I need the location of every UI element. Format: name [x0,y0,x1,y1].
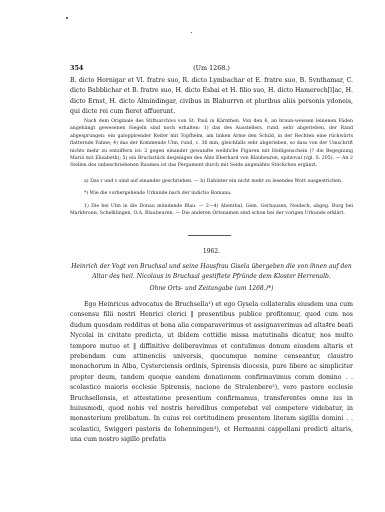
scan-speck [66,17,68,19]
footnotes-numbered: 1) Die bei Ulm in die Donau mündende Bla… [70,203,353,218]
footnotes-block: a) Das r und v sind auf einander geschri… [70,178,353,218]
scan-speck [191,32,192,33]
document-number: 1962. [70,248,353,255]
footnotes-letters: a) Das r und v sind auf einander geschri… [70,178,353,185]
section-divider [188,235,231,236]
continuation-text: B. dicto Hornigar et Vl. fratre suo, R. … [70,76,353,118]
footnote-star: *) Wie die vorhergehende Urkunde nach de… [70,190,353,197]
running-title: (Um 1268.) [70,64,353,72]
document-text: Ego Heinricus advocatus de Bruchsella¹) … [70,300,353,446]
document-text-block: Ego Heinricus advocatus de Bruchsella¹) … [70,300,353,446]
document-dateline: Ohne Orts- und Zeitangabe (um 1268.)*) [70,285,353,292]
source-note: Nach dem Originale des Stiftsarchivs von… [70,118,353,170]
source-note-block: Nach dem Originale des Stiftsarchivs von… [70,118,353,170]
continuation-paragraph: B. dicto Hornigar et Vl. fratre suo, R. … [70,76,353,118]
document-regest: Heinrich der Vogt von Bruchsal und seine… [70,262,353,282]
